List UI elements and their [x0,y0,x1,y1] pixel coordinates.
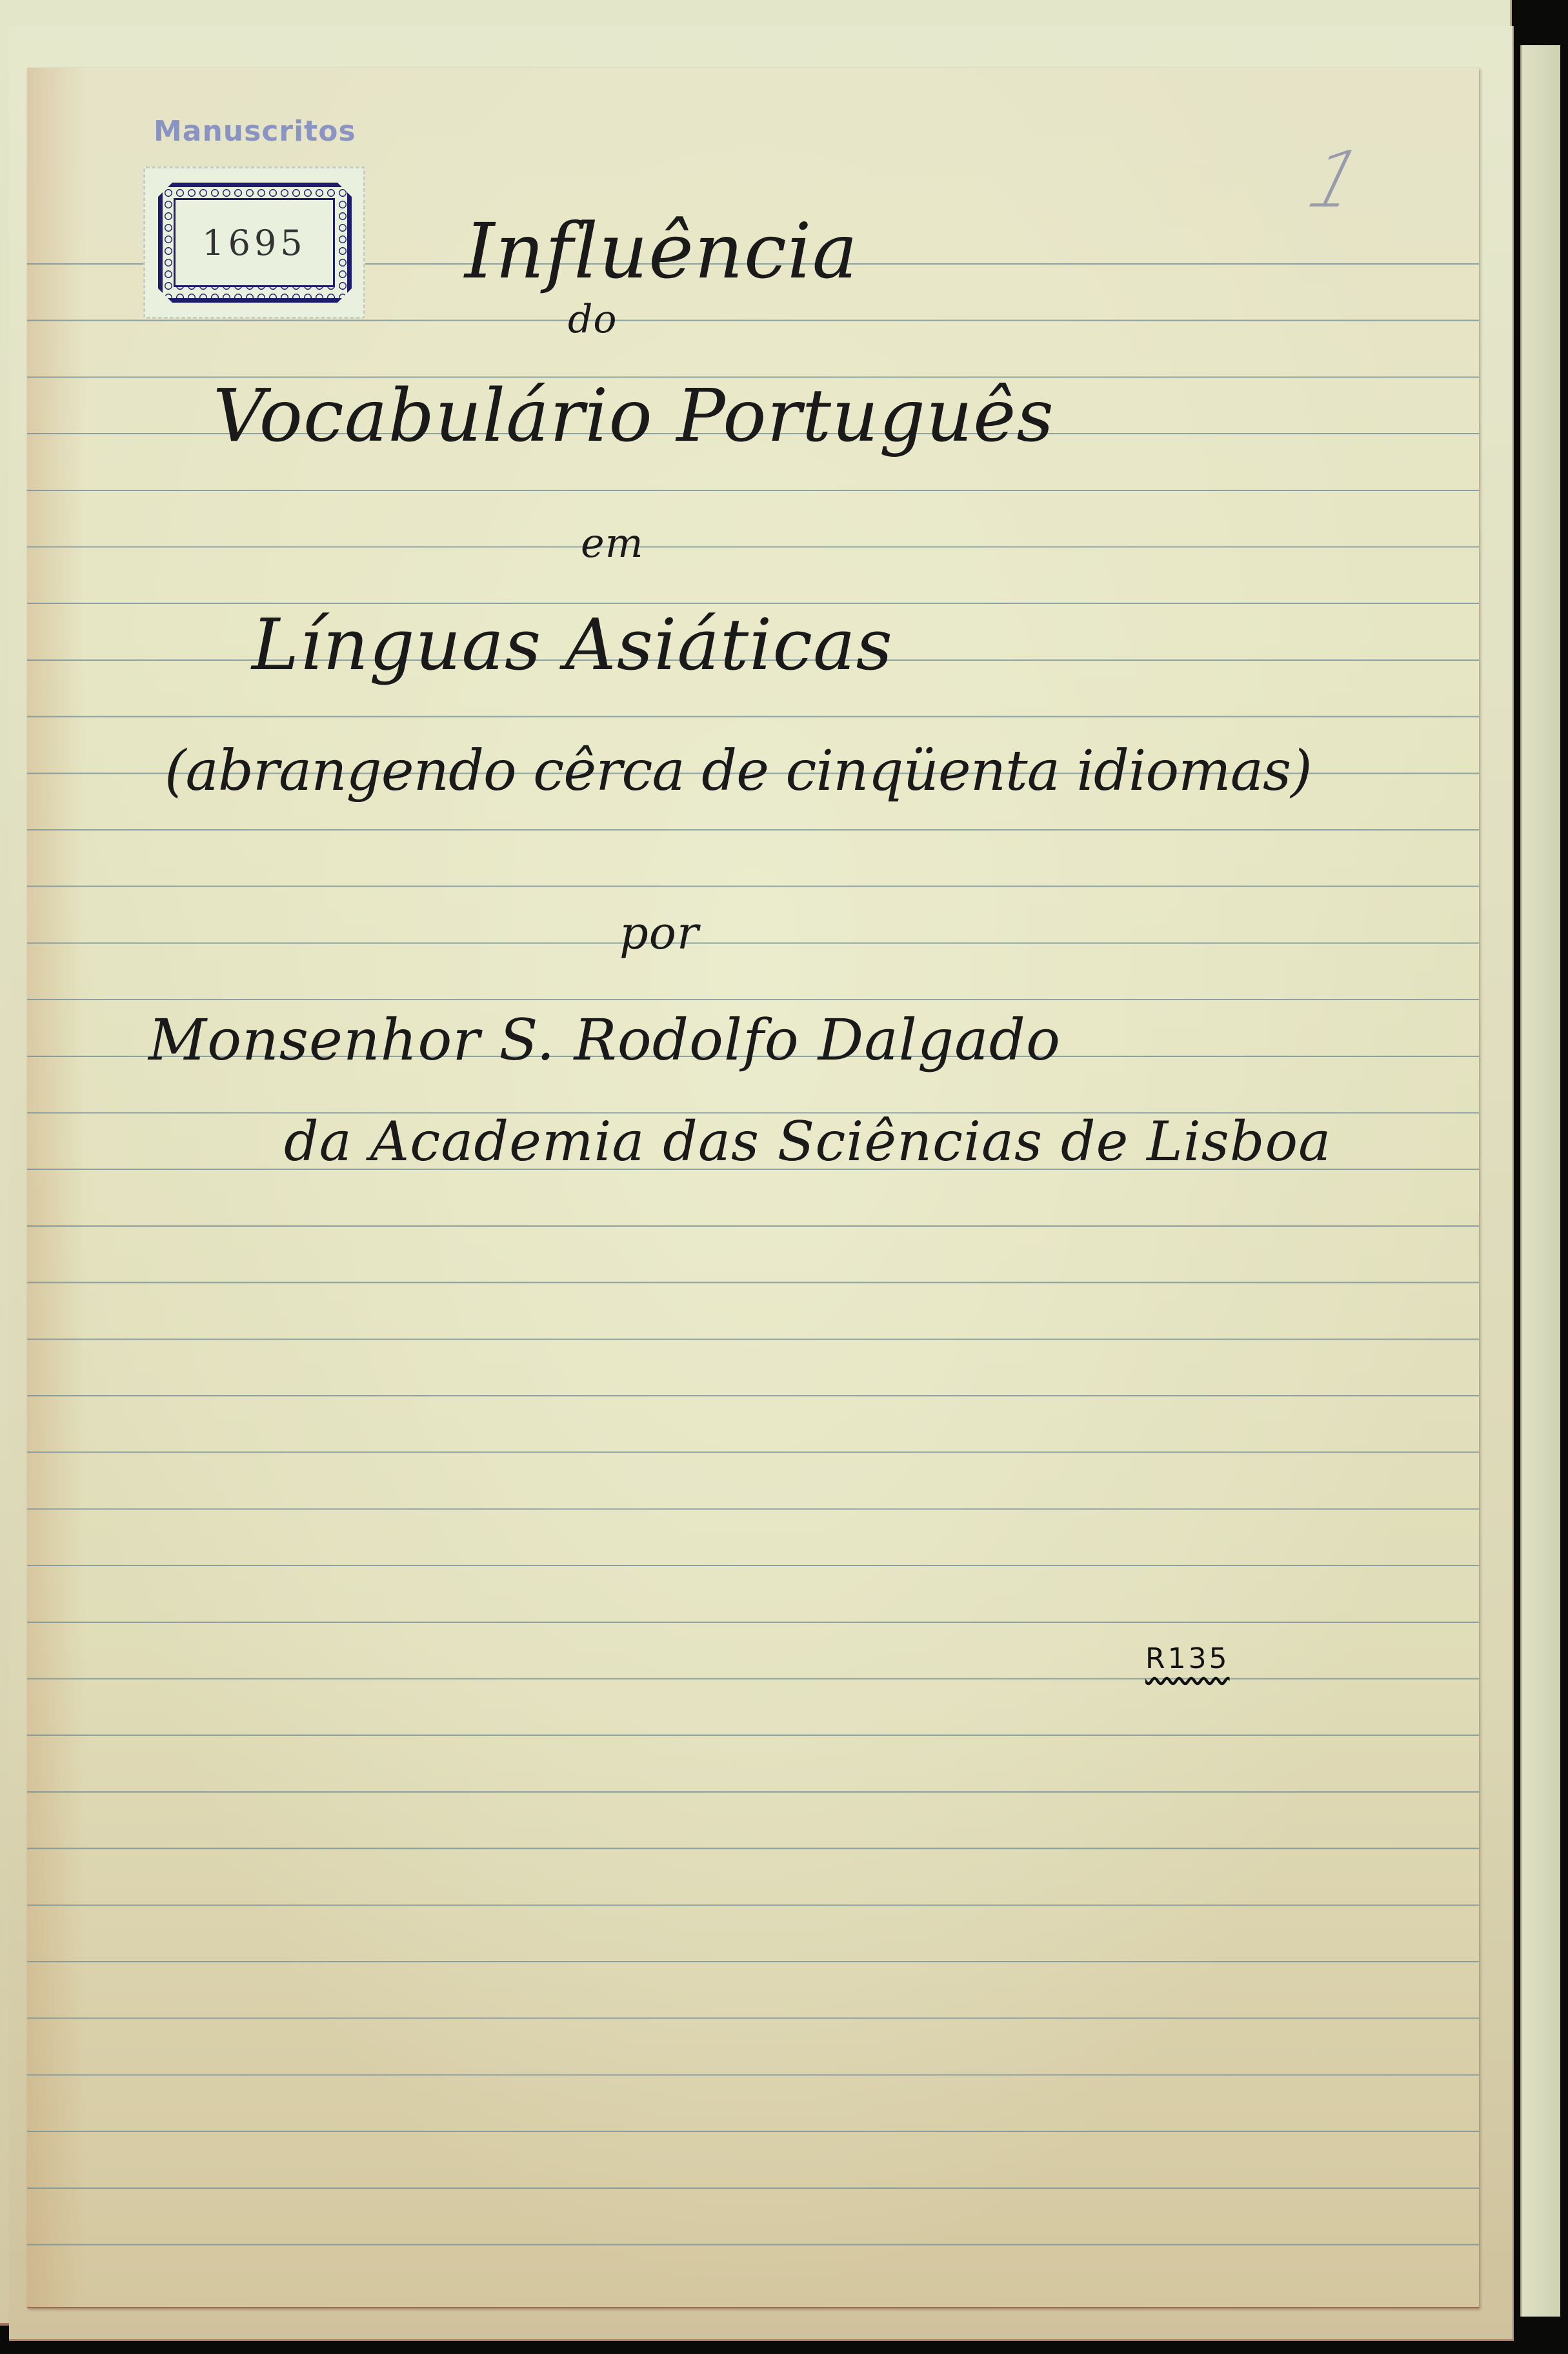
catalog-label: 1695 [143,166,365,319]
title-line-influencia: Influência [465,206,858,296]
stacked-page-edges [1520,45,1560,2317]
archive-stamp: Manuscritos [154,115,356,148]
ruled-lines [27,263,1479,2268]
author-affiliation: da Academia das Sciências de Lisboa [284,1110,1331,1173]
title-line-do: do [568,297,618,342]
title-line-linguas: Línguas Asiáticas [252,603,893,686]
catalog-number: 1695 [202,223,306,263]
catalog-label-inner: 1695 [174,198,335,287]
title-line-em: em [581,519,643,567]
title-line-vocabulario: Vocabulário Português [213,374,1054,458]
author-name: Monsenhor S. Rodolfo Dalgado [148,1007,1061,1073]
shelfmark: R135 [1145,1642,1230,1675]
title-subtitle: (abrangendo cêrca de cinqüenta idiomas) [165,739,1312,803]
byline-preposition: por [619,907,699,960]
